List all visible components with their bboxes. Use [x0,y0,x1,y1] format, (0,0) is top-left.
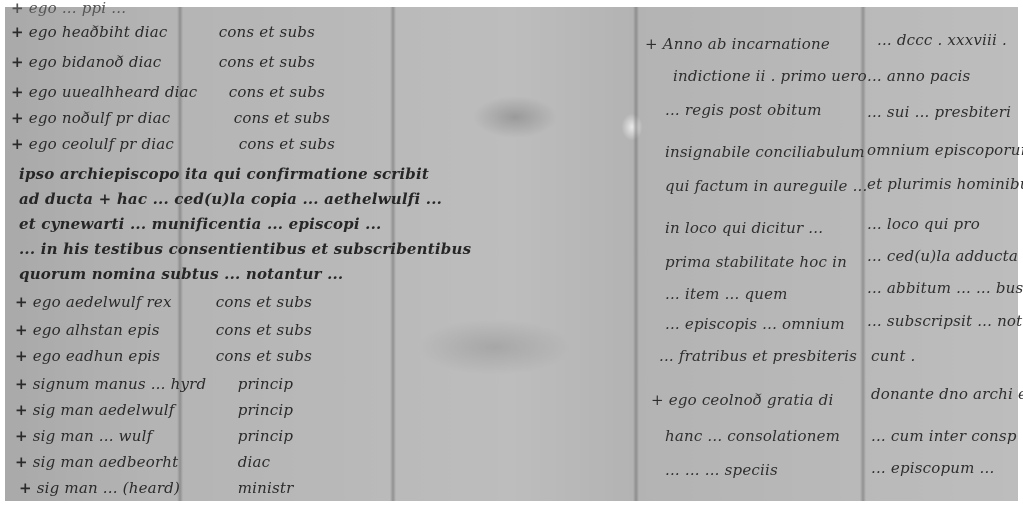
prose-line: ad ducta + hac ... ced(u)la copia ... ae… [19,190,442,208]
witness-entry: + ego uuealhheard diac cons et subs [11,83,325,101]
manuscript-parchment: + ego ... ppi ... + ego heaðbiht diac co… [5,7,1018,501]
prose-line: quorum nomina subtus ... notantur ... [19,265,343,283]
cross-icon: + [15,453,28,471]
text-line: ... fratribus et presbiteris [659,347,857,365]
cross-icon: + [11,109,24,127]
cross-icon: + [15,375,28,393]
witness-entry: + ego ceolulf pr diac cons et subs [11,135,335,153]
text-line: ... regis post obitum [665,101,822,119]
text-line: donante dno archi ep [871,385,1023,403]
text-line: ... sui ... presbiteri [867,103,1011,121]
text-line: insignabile conciliabulum [665,143,865,161]
text-line: ... abbitum ... ... bus [867,279,1023,297]
cross-icon: + [11,23,24,41]
text-line: ... cum inter consp [871,427,1017,445]
witness-entry: + ego alhstan epis cons et subs [15,321,312,339]
text-line: ... item ... quem [665,285,788,303]
fold-line [633,7,639,501]
text-line: + ego ceolnoð gratia di [651,391,833,409]
cross-icon: + [19,479,32,497]
text-line: ... anno pacis [867,67,970,85]
cross-icon: + [11,83,24,101]
text-line: qui factum in aureguile ... [665,177,868,195]
prose-line: et cynewarti ... munificentia ... episco… [19,215,381,233]
cross-icon: + [15,427,28,445]
cross-icon: + [15,321,28,339]
text-line: ... dccc . xxxviii . [877,31,1007,49]
prose-line: ... in his testibus consentientibus et s… [19,240,471,258]
text-line: + Anno ab incarnatione [645,35,830,53]
text-line: et plurimis hominibus [867,175,1023,193]
cross-icon: + [15,347,28,365]
witness-entry: + ego eadhun epis cons et subs [15,347,312,365]
witness-entry: + ego heaðbiht diac cons et subs [11,23,315,41]
witness-entry: + ego aedelwulf rex cons et subs [15,293,312,311]
text-line: prima stabilitate hoc in [665,253,847,271]
witness-entry: + ego bidanoð diac cons et subs [11,53,315,71]
cross-icon: + [11,0,24,17]
text-line: indictione ii . primo uero [673,67,867,85]
text-line: cunt . [871,347,916,365]
text-line: hanc ... consolationem [665,427,840,445]
witness-entry: + sig man ... wulf princip [15,427,293,445]
cross-icon: + [11,135,24,153]
text-line: omnium episcoporum [867,141,1023,159]
text-line: ... ced(u)la adducta [867,247,1018,265]
text-line: ... subscripsit ... notia [867,312,1023,330]
witness-entry: + ego noðulf pr diac cons et subs [11,109,330,127]
witness-entry: + ego ... ppi ... [11,0,126,17]
witness-entry: + signum manus ... hyrd princip [15,375,293,393]
cross-icon: + [15,293,28,311]
witness-entry: + sig man aedelwulf princip [15,401,293,419]
text-line: in loco qui dicitur ... [665,219,823,237]
cross-icon: + [15,401,28,419]
cross-icon: + [11,53,24,71]
prose-line: ipso archiepiscopo ita qui confirmatione… [19,165,429,183]
text-line: ... ... ... speciis [665,461,778,479]
witness-entry: + sig man aedbeorht diac [15,453,270,471]
text-line: ... episcopum ... [871,459,994,477]
text-line: ... loco qui pro [867,215,980,233]
witness-entry: + sig man ... (heard) ministr [19,479,294,497]
text-line: ... episcopis ... omnium [665,315,845,333]
